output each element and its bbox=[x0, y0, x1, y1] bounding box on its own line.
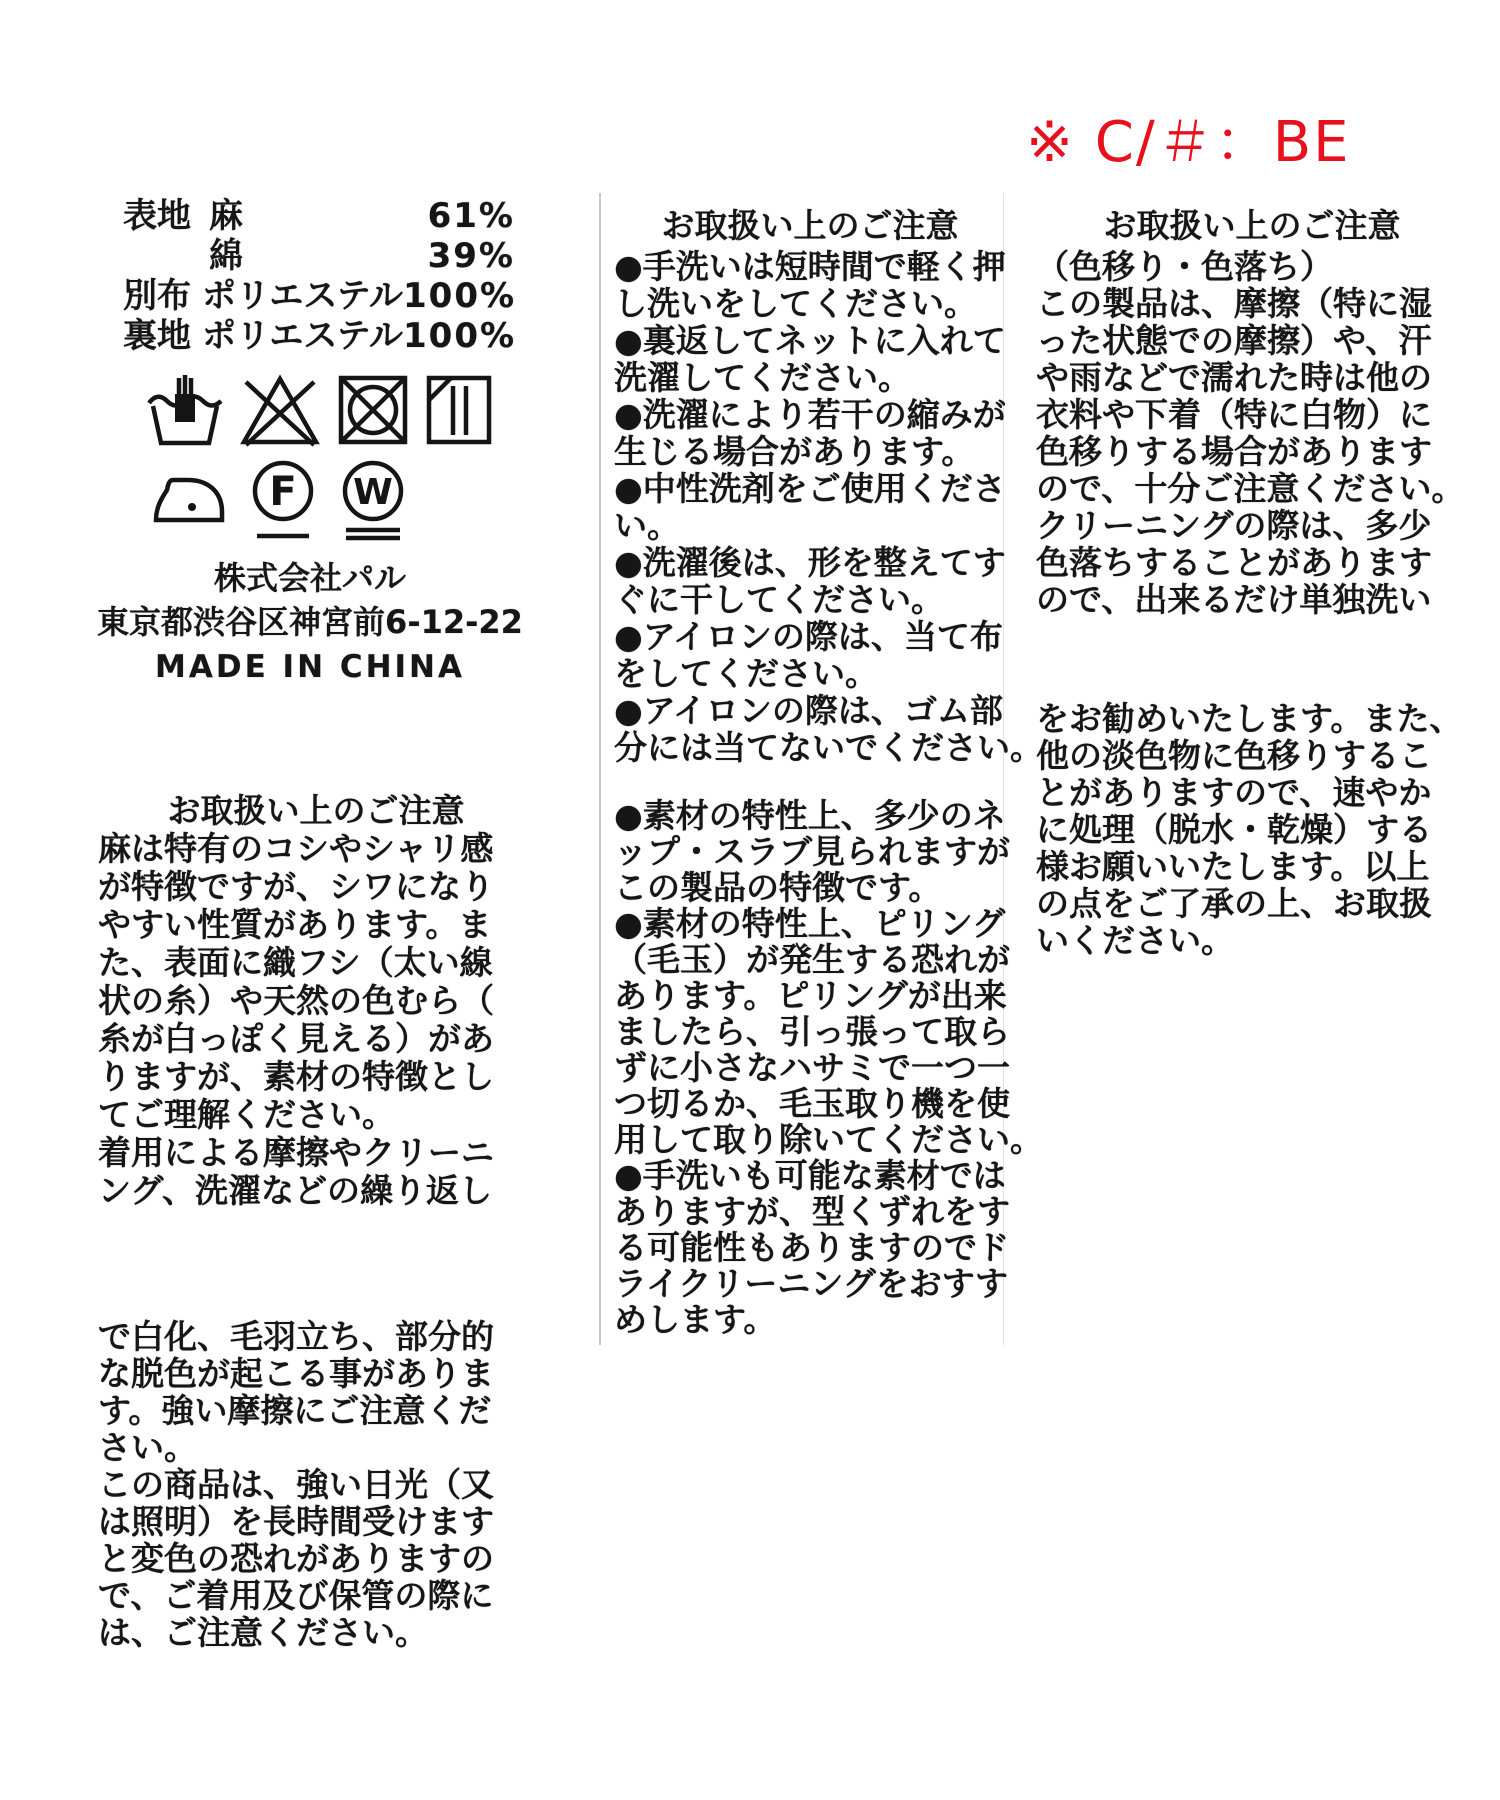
do-not-tumble-dry-icon bbox=[336, 372, 410, 448]
text-line: で白化、毛羽立ち、部分的 bbox=[98, 1318, 544, 1355]
text-line: つ切るか、毛玉取り機を使 bbox=[614, 1086, 1006, 1122]
middle-notice-block: お取扱い上のご注意 ●手洗いは短時間で軽く押 し洗いをしてください。 ●裏返して… bbox=[614, 207, 1006, 766]
left-notice-block-continued: で白化、毛羽立ち、部分的 な脱色が起こる事がありま す。強い摩擦にご注意くだ さ… bbox=[98, 1318, 544, 1651]
composition-row: 表地 麻 61% bbox=[123, 196, 515, 236]
text-line: や雨などで濡れた時は他の bbox=[1036, 359, 1468, 396]
text-line: ●アイロンの際は、ゴム部 bbox=[614, 692, 1006, 729]
text-line: 用して取り除いてください。 bbox=[614, 1122, 1006, 1158]
composition-percent: 100% bbox=[403, 316, 515, 356]
section-title: お取扱い上のご注意 bbox=[1036, 207, 1468, 244]
composition-material: 麻 bbox=[209, 196, 403, 236]
text-line: 様お願いいたします。以上 bbox=[1036, 848, 1474, 885]
section-title: お取扱い上のご注意 bbox=[98, 792, 534, 830]
text-line: と変色の恐れがありますの bbox=[98, 1540, 544, 1577]
text-line: 分には当てないでください。 bbox=[614, 729, 1006, 766]
text-line: とがありますので、速やか bbox=[1036, 774, 1474, 811]
text-line: は照明）を長時間受けます bbox=[98, 1503, 544, 1540]
text-line: ●洗濯後は、形を整えてす bbox=[614, 544, 1006, 581]
left-notice-block: お取扱い上のご注意 麻は特有のコシやシャリ感 が特徴ですが、シワになり やすい性… bbox=[98, 792, 534, 1210]
company-name: 株式会社パル bbox=[95, 556, 525, 600]
text-line: クリーニングの際は、多少 bbox=[1036, 507, 1468, 544]
text-line: ●中性洗剤をご使用くださ bbox=[614, 470, 1006, 507]
text-line: （色移り・色落ち） bbox=[1036, 248, 1468, 285]
text-line: ましたら、引っ張って取ら bbox=[614, 1014, 1006, 1050]
composition-material: ポリエステル bbox=[202, 276, 403, 316]
composition-material: ポリエステル bbox=[202, 316, 403, 356]
fabric-composition-table: 表地 麻 61% 綿 39% 別布 ポリエステル 100% 裏地 ポリエステル … bbox=[123, 196, 515, 356]
text-line: いください。 bbox=[1036, 922, 1474, 959]
text-line: さい。 bbox=[98, 1429, 544, 1466]
text-line: の点をご了承の上、お取扱 bbox=[1036, 885, 1474, 922]
text-line: 着用による摩擦やクリーニ bbox=[98, 1134, 534, 1172]
composition-material: 綿 bbox=[209, 236, 403, 276]
text-line: し洗いをしてください。 bbox=[614, 285, 1006, 322]
text-line: ●手洗いも可能な素材では bbox=[614, 1158, 1006, 1194]
hang-dry-in-shade-icon bbox=[423, 372, 495, 448]
composition-row: 裏地 ポリエステル 100% bbox=[123, 316, 515, 356]
composition-part: 裏地 bbox=[123, 316, 202, 356]
text-line: りますが、素材の特徴とし bbox=[98, 1058, 534, 1096]
text-line: が特徴ですが、シワになり bbox=[98, 868, 534, 906]
middle-notice-block-continued: ●素材の特性上、多少のネ ップ・スラブ見られますが この製品の特徴です。 ●素材… bbox=[614, 798, 1006, 1338]
color-code-note: ※ C/＃：BE bbox=[1026, 98, 1351, 178]
text-line: ●洗濯により若干の縮みが bbox=[614, 396, 1006, 433]
right-notice-block-continued: をお勧めいたします。また、 他の淡色物に色移りするこ とがありますので、速やか … bbox=[1036, 700, 1474, 959]
text-line: あります。ピリングが出来 bbox=[614, 978, 1006, 1014]
country-of-origin: MADE IN CHINA bbox=[95, 644, 525, 690]
text-line: い。 bbox=[614, 507, 1006, 544]
composition-row: 別布 ポリエステル 100% bbox=[123, 276, 515, 316]
text-line: た、表面に織フシ（太い線 bbox=[98, 944, 534, 982]
composition-percent: 39% bbox=[403, 236, 515, 276]
text-line: この商品は、強い日光（又 bbox=[98, 1466, 544, 1503]
composition-percent: 100% bbox=[403, 276, 515, 316]
svg-text:F: F bbox=[269, 469, 296, 515]
text-line: この製品の特徴です。 bbox=[614, 870, 1006, 906]
text-line: この製品は、摩擦（特に湿 bbox=[1036, 285, 1468, 322]
hand-wash-icon bbox=[146, 372, 224, 448]
composition-percent: 61% bbox=[403, 196, 515, 236]
company-address: 東京都渋谷区神宮前6-12-22 bbox=[95, 600, 525, 644]
composition-part bbox=[123, 236, 209, 276]
text-line: 他の淡色物に色移りするこ bbox=[1036, 737, 1474, 774]
text-line: 洗濯してください。 bbox=[614, 359, 1006, 396]
text-line: ずに小さなハサミで一つ一 bbox=[614, 1050, 1006, 1086]
text-line: ありますが、型くずれをす bbox=[614, 1194, 1006, 1230]
composition-row: 綿 39% bbox=[123, 236, 515, 276]
text-line: す。強い摩擦にご注意くだ bbox=[98, 1392, 544, 1429]
text-line: に処理（脱水・乾燥）する bbox=[1036, 811, 1474, 848]
iron-low-icon bbox=[148, 458, 230, 528]
text-line: ぐに干してください。 bbox=[614, 581, 1006, 618]
svg-text:W: W bbox=[353, 472, 393, 513]
text-line: ●手洗いは短時間で軽く押 bbox=[614, 248, 1006, 285]
text-line: をお勧めいたします。また、 bbox=[1036, 700, 1474, 737]
text-line: 生じる場合があります。 bbox=[614, 433, 1006, 470]
text-line: ので、出来るだけ単独洗い bbox=[1036, 581, 1468, 618]
care-symbols-row-1 bbox=[146, 372, 495, 448]
text-line: は、ご注意ください。 bbox=[98, 1614, 544, 1651]
care-symbols-row-2: F W bbox=[148, 458, 410, 542]
text-line: ●アイロンの際は、当て布 bbox=[614, 618, 1006, 655]
section-title: お取扱い上のご注意 bbox=[614, 207, 1006, 244]
care-label-scan-sheet: ※ C/＃：BE 表地 麻 61% 綿 39% 別布 ポリエステル 100% 裏… bbox=[0, 0, 1500, 1800]
right-notice-block: お取扱い上のご注意 （色移り・色落ち） この製品は、摩擦（特に湿 った状態での摩… bbox=[1036, 207, 1468, 618]
text-line: 衣料や下着（特に白物）に bbox=[1036, 396, 1468, 433]
wet-clean-W-icon: W bbox=[336, 458, 410, 542]
dry-clean-F-icon: F bbox=[245, 458, 321, 542]
text-line: てご理解ください。 bbox=[98, 1096, 534, 1134]
text-line: 糸が白っぽく見える）があ bbox=[98, 1020, 534, 1058]
text-line: 色移りする場合があります bbox=[1036, 433, 1468, 470]
text-line: ●裏返してネットに入れて bbox=[614, 322, 1006, 359]
do-not-bleach-icon bbox=[237, 372, 323, 448]
text-line: 状の糸）や天然の色むら（ bbox=[98, 982, 534, 1020]
text-line: めします。 bbox=[614, 1302, 1006, 1338]
text-line: をしてください。 bbox=[614, 655, 1006, 692]
maker-info: 株式会社パル 東京都渋谷区神宮前6-12-22 MADE IN CHINA bbox=[95, 556, 525, 690]
text-line: る可能性もありますのでド bbox=[614, 1230, 1006, 1266]
text-line: で、ご着用及び保管の際に bbox=[98, 1577, 544, 1614]
text-line: ライクリーニングをおすす bbox=[614, 1266, 1006, 1302]
text-line: った状態での摩擦）や、汗 bbox=[1036, 322, 1468, 359]
text-line: ップ・スラブ見られますが bbox=[614, 834, 1006, 870]
text-line: ●素材の特性上、ピリング bbox=[614, 906, 1006, 942]
text-line: ング、洗濯などの繰り返し bbox=[98, 1172, 534, 1210]
composition-part: 別布 bbox=[123, 276, 202, 316]
text-line: 色落ちすることがあります bbox=[1036, 544, 1468, 581]
composition-part: 表地 bbox=[123, 196, 209, 236]
text-line: ので、十分ご注意ください。 bbox=[1036, 470, 1468, 507]
text-line: やすい性質があります。ま bbox=[98, 906, 534, 944]
text-line: （毛玉）が発生する恐れが bbox=[614, 942, 1006, 978]
text-line: な脱色が起こる事がありま bbox=[98, 1355, 544, 1392]
text-line: 麻は特有のコシやシャリ感 bbox=[98, 830, 534, 868]
text-line: ●素材の特性上、多少のネ bbox=[614, 798, 1006, 834]
